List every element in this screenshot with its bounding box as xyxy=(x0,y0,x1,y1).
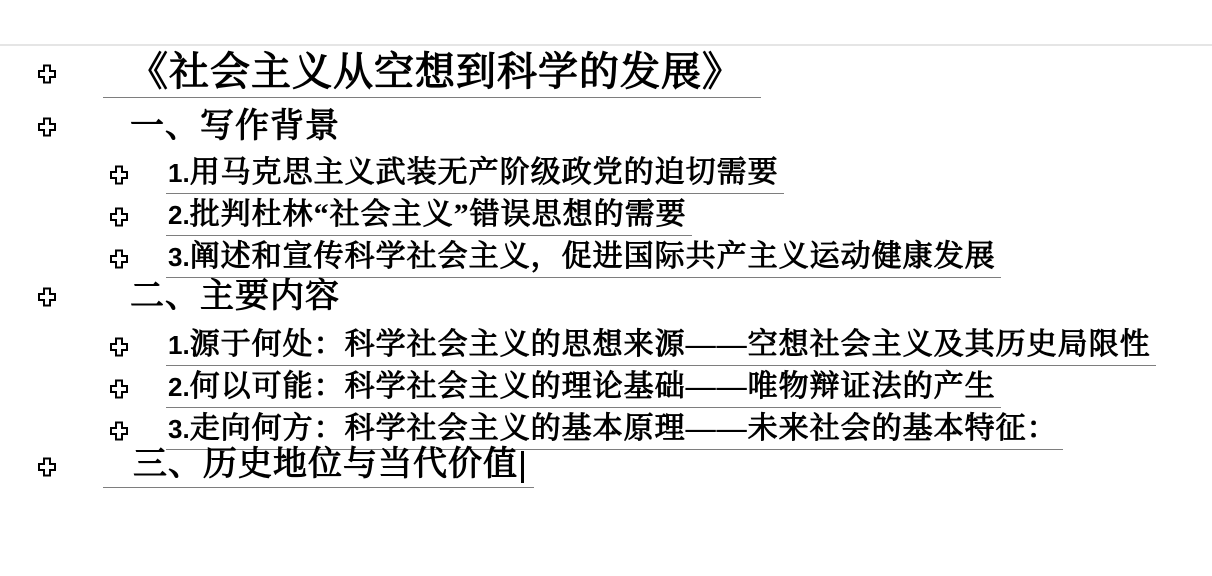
outline-row-item: 2.何以可能：科学社会主义的理论基础——唯物辩证法的产生 xyxy=(0,370,1001,408)
item-text: 批判杜林“社会主义”错误思想的需要 xyxy=(190,198,687,231)
text-cursor xyxy=(521,451,524,483)
outline-plus-icon[interactable] xyxy=(38,287,56,307)
top-divider xyxy=(0,44,1212,46)
item-text-wrap[interactable]: 1.用马克思主义武装无产阶级政党的迫切需要 xyxy=(166,156,784,194)
item-text: 源于何处：科学社会主义的思想来源——空想社会主义及其历史局限性 xyxy=(190,328,1151,361)
document-title[interactable]: 《社会主义从空想到科学的发展》 xyxy=(103,50,761,98)
outline-row-item: 1.源于何处：科学社会主义的思想来源——空想社会主义及其历史局限性 xyxy=(0,328,1156,366)
outline-plus-icon[interactable] xyxy=(110,421,128,441)
item-number: 1. xyxy=(168,158,190,188)
item-text: 走向何方：科学社会主义的基本原理——未来社会的基本特征： xyxy=(190,412,1058,445)
heading-text-wrap[interactable]: 三、历史地位与当代价值 xyxy=(103,446,534,488)
heading-text[interactable]: 一、写作背景 xyxy=(130,108,340,146)
outline-row-heading-2: 二、主要内容 xyxy=(0,278,340,316)
item-number: 1. xyxy=(168,330,190,360)
item-text-wrap[interactable]: 2.批判杜林“社会主义”错误思想的需要 xyxy=(166,198,692,236)
item-text-wrap[interactable]: 3.走向何方：科学社会主义的基本原理——未来社会的基本特征： xyxy=(166,412,1063,450)
outline-plus-icon[interactable] xyxy=(38,457,56,477)
outline-row-title: 《社会主义从空想到科学的发展》 xyxy=(0,50,761,98)
item-number: 3. xyxy=(168,242,190,272)
heading-text: 三、历史地位与当代价值 xyxy=(133,446,518,483)
outline-row-item: 1.用马克思主义武装无产阶级政党的迫切需要 xyxy=(0,156,784,194)
outline-row-item: 3.走向何方：科学社会主义的基本原理——未来社会的基本特征： xyxy=(0,412,1063,450)
outline-row-heading-1: 一、写作背景 xyxy=(0,108,340,146)
item-text: 阐述和宣传科学社会主义，促进国际共产主义运动健康发展 xyxy=(190,240,996,273)
item-text: 用马克思主义武装无产阶级政党的迫切需要 xyxy=(190,156,779,189)
outline-plus-icon[interactable] xyxy=(38,117,56,137)
outline-plus-icon[interactable] xyxy=(110,249,128,269)
outline-plus-icon[interactable] xyxy=(110,337,128,357)
outline-plus-icon[interactable] xyxy=(110,165,128,185)
outline-row-item: 2.批判杜林“社会主义”错误思想的需要 xyxy=(0,198,692,236)
heading-text[interactable]: 二、主要内容 xyxy=(130,278,340,316)
outline-row-item: 3.阐述和宣传科学社会主义，促进国际共产主义运动健康发展 xyxy=(0,240,1001,278)
item-number: 2. xyxy=(168,200,190,230)
outline-row-heading-3: 三、历史地位与当代价值 xyxy=(0,446,534,488)
item-number: 2. xyxy=(168,372,190,402)
item-text-wrap[interactable]: 3.阐述和宣传科学社会主义，促进国际共产主义运动健康发展 xyxy=(166,240,1001,278)
outline-plus-icon[interactable] xyxy=(110,207,128,227)
outline-plus-icon[interactable] xyxy=(38,64,56,84)
item-number: 3. xyxy=(168,414,190,444)
item-text: 何以可能：科学社会主义的理论基础——唯物辩证法的产生 xyxy=(190,370,996,403)
outline-plus-icon[interactable] xyxy=(110,379,128,399)
item-text-wrap[interactable]: 1.源于何处：科学社会主义的思想来源——空想社会主义及其历史局限性 xyxy=(166,328,1156,366)
item-text-wrap[interactable]: 2.何以可能：科学社会主义的理论基础——唯物辩证法的产生 xyxy=(166,370,1001,408)
